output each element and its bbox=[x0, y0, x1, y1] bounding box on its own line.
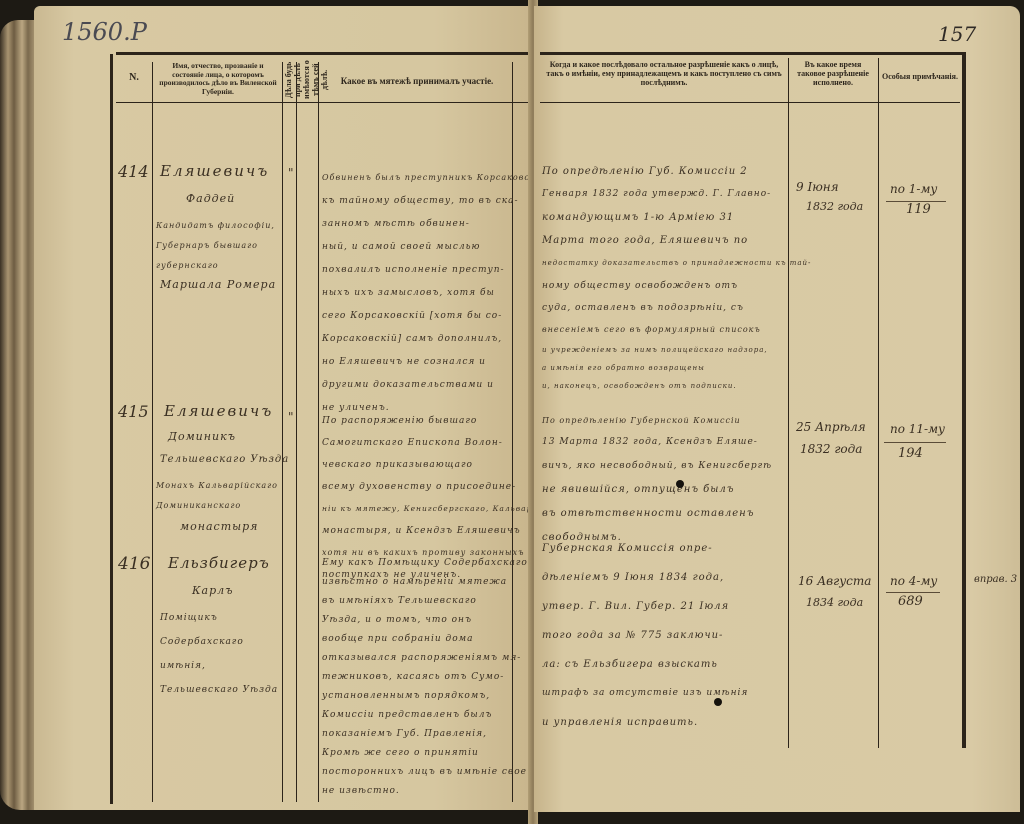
entry-surname: Еляшевичъ bbox=[160, 162, 269, 180]
page-hole bbox=[714, 698, 722, 706]
participation-line: другими доказательствами и bbox=[322, 374, 512, 397]
column-divider bbox=[878, 58, 879, 748]
header-decision: Когда и какое послѣдовало остальное разр… bbox=[542, 60, 786, 88]
remark-reference: по 4-му bbox=[890, 574, 937, 588]
participation-line: къ тайному обществу, то въ ска- bbox=[322, 190, 512, 213]
decision-line: дѣленіемъ 9 Іюня 1834 года, bbox=[542, 563, 788, 592]
executed-date: 25 Апрѣля bbox=[796, 420, 866, 434]
decision-line: того года за № 775 заключи- bbox=[542, 621, 788, 650]
open-ledger-book: 1560.P N. Имя, отчество, прозваніе и сос… bbox=[0, 0, 1024, 824]
decision-line: внесеніемъ сего въ формулярный списокъ bbox=[542, 319, 788, 341]
header-executed: Въ какое время таковое разрѣшеніе исполн… bbox=[790, 60, 876, 88]
participation-line: Уѣзда, и о томъ, что онъ bbox=[322, 611, 512, 630]
entry-surname: Еляшевичъ bbox=[164, 402, 273, 420]
column-divider bbox=[318, 62, 319, 802]
header-remarks: Особыя примѣчанія. bbox=[880, 72, 960, 81]
participation-line: вообще при собраніи дома bbox=[322, 630, 512, 649]
participation-line: ный, и самой своей мыслью bbox=[322, 236, 512, 259]
participation-line: монастыря, и Ксендзъ Еляшевичъ bbox=[322, 520, 512, 542]
right-page: 157 Когда и какое послѣдовало остальное … bbox=[534, 6, 1020, 812]
participation-line: сего Корсаковскій [хотя бы со- bbox=[322, 305, 512, 328]
column-divider bbox=[152, 62, 153, 802]
executed-year: 1832 года bbox=[800, 442, 862, 456]
decision-line: Марта того года, Еляшевичъ по bbox=[542, 229, 788, 252]
header-participation: Какое въ мятежѣ принималъ участіе. bbox=[324, 76, 510, 86]
decision-line: Губернская Комиссія опре- bbox=[542, 534, 788, 563]
decision-line: и, наконецъ, освобожденъ отъ подписки. bbox=[542, 377, 788, 395]
participation-line: отказывался распоряженіямъ мя- bbox=[322, 649, 512, 668]
right-border-rule bbox=[962, 52, 966, 748]
participation-line: похвалилъ исполненіе преступ- bbox=[322, 259, 512, 282]
participation-line: установленнымъ порядкомъ, bbox=[322, 687, 512, 706]
participation-line: чевскаго приказывающаго bbox=[322, 454, 512, 476]
decision-line: ла: съ Ельзбигера взыскать bbox=[542, 650, 788, 679]
header-top-rule bbox=[540, 52, 964, 55]
column-divider bbox=[282, 62, 283, 802]
page-hole bbox=[676, 480, 684, 488]
header-person: Имя, отчество, прозваніе и состояніе лиц… bbox=[156, 62, 280, 97]
decision-line: и управленія исправить. bbox=[542, 708, 788, 737]
entry-name-line: Тельшевскаго Уѣзда bbox=[160, 454, 289, 465]
executed-date: 9 Іюня bbox=[796, 180, 839, 194]
participation-line: ніи къ мятежу, Кенигсбергскаго, Кальварі… bbox=[322, 498, 512, 520]
entry-name-line: монастыря bbox=[180, 520, 258, 533]
participation-line: всему духовенству о присоедине- bbox=[322, 476, 512, 498]
decision-line: въ отвѣтственности оставленъ bbox=[542, 502, 788, 526]
decision-line: и учрежденіемъ за нимъ полицейскаго надз… bbox=[542, 341, 788, 359]
entry-surname: Ельзбигеръ bbox=[168, 554, 270, 572]
decision-line: командующимъ 1-ю Арміею 31 bbox=[542, 206, 788, 229]
decision-line: утвер. Г. Вил. Губер. 21 Іюля bbox=[542, 592, 788, 621]
remark-fraction-line bbox=[886, 592, 940, 593]
decision-line: недостатку доказательствъ о принадлежнос… bbox=[542, 252, 788, 275]
entry-name-line: Карлъ bbox=[192, 584, 233, 597]
header-number: N. bbox=[116, 72, 152, 84]
remark-number: 194 bbox=[898, 446, 923, 461]
participation-line: Комиссіи представленъ былъ bbox=[322, 706, 512, 725]
entry-participation: Обвиненъ былъ преступникъ Корсаковскимъ,… bbox=[322, 166, 512, 420]
participation-line: но Еляшевичъ не сознался и bbox=[322, 351, 512, 374]
remark-reference: по 11-му bbox=[890, 422, 945, 436]
page-number: 157 bbox=[938, 22, 976, 46]
decision-line: вичъ, яко несвободный, въ Кенигсбергѣ bbox=[542, 454, 788, 478]
decision-line: Генваря 1832 года утвержд. Г. Главно- bbox=[542, 183, 788, 206]
column-divider bbox=[788, 58, 789, 748]
left-border-rule bbox=[110, 54, 113, 804]
entry-name-line: Кандидатъ философіи, Губернаръ бывшаго г… bbox=[156, 216, 282, 276]
participation-line: тежниковъ, касаясь отъ Сумо- bbox=[322, 668, 512, 687]
decision-line: суда, оставленъ въ подозрѣніи, съ bbox=[542, 297, 788, 319]
entry-case-mark: " bbox=[288, 166, 294, 180]
entry-decision: По опредѣленію Губернской Комиссіи 13 Ма… bbox=[542, 412, 788, 550]
entry-name-line: Поміщикъ Содербахскаго имѣнія, Тельшевск… bbox=[160, 606, 280, 702]
entry-number: 416 bbox=[118, 554, 150, 574]
participation-line: Ему какъ Помѣщику Содербахскаго bbox=[322, 554, 512, 573]
entry-name-line: Маршала Ромера bbox=[160, 278, 276, 291]
remark-number: 689 bbox=[898, 594, 923, 609]
participation-line: ныхъ ихъ замысловъ, хотя бы bbox=[322, 282, 512, 305]
executed-date: 16 Августа bbox=[798, 574, 871, 588]
participation-line: показаніемъ Губ. Правленія, bbox=[322, 725, 512, 744]
header-top-rule bbox=[116, 52, 534, 55]
entry-case-mark: " bbox=[288, 410, 294, 424]
entry-number: 415 bbox=[118, 402, 149, 421]
entry-decision: Губернская Комиссія опре- дѣленіемъ 9 Ію… bbox=[542, 534, 788, 737]
participation-line: извѣстно о намѣреніи мятежа bbox=[322, 573, 512, 592]
column-divider bbox=[296, 62, 297, 802]
decision-line: штрафъ за отсутствіе изъ имѣнія bbox=[542, 679, 788, 708]
decision-line: ному обществу освобожденъ отъ bbox=[542, 275, 788, 297]
executed-year: 1834 года bbox=[806, 596, 863, 609]
entry-participation: Ему какъ Помѣщику Содербахскаго извѣстно… bbox=[322, 554, 512, 801]
executed-year: 1832 года bbox=[806, 200, 863, 213]
participation-line: Самогитскаго Епископа Волон- bbox=[322, 432, 512, 454]
header-bottom-rule bbox=[116, 102, 534, 103]
entry-name-line: Фаддей bbox=[186, 192, 235, 205]
entry-name-line: Монахъ Кальварійскаго Доминиканскаго bbox=[156, 476, 282, 516]
participation-line: По распоряженію бывшаго bbox=[322, 410, 512, 432]
participation-line: Кромѣ же сего о принятіи bbox=[322, 744, 512, 763]
participation-line: въ имѣніяхъ Тельшевскаго bbox=[322, 592, 512, 611]
entry-number: 414 bbox=[118, 162, 149, 181]
decision-line: а имѣнія его обратно возвращены bbox=[542, 359, 788, 377]
entry-name-line: Доминикъ bbox=[168, 430, 236, 443]
remark-number: 119 bbox=[906, 202, 931, 217]
participation-line: Корсаковскій] самъ дополнилъ, bbox=[322, 328, 512, 351]
participation-line: Обвиненъ былъ преступникъ Корсаковскимъ,… bbox=[322, 166, 512, 190]
entry-decision: По опредѣленію Губ. Комиссіи 2 Генваря 1… bbox=[542, 160, 788, 395]
left-page: 1560.P N. Имя, отчество, прозваніе и сос… bbox=[34, 6, 534, 810]
header-case-vertical: Дѣла будь при дѣлѣ имѣются о тѣмъ сей дѣ… bbox=[284, 58, 316, 102]
decision-line: 13 Марта 1832 года, Ксендзъ Еляше- bbox=[542, 430, 788, 454]
extra-remark: вправ. 3 bbox=[974, 574, 1017, 585]
participation-line: постороннихъ лицъ въ имѣніе свое bbox=[322, 763, 512, 782]
archive-number: 1560.P bbox=[62, 18, 147, 46]
decision-line: По опредѣленію Губернской Комиссіи bbox=[542, 412, 788, 430]
remark-fraction-line bbox=[884, 442, 946, 443]
participation-line: занномъ мѣстѣ обвинен- bbox=[322, 213, 512, 236]
decision-line: не явившійся, отпущенъ былъ bbox=[542, 478, 788, 502]
header-bottom-rule bbox=[540, 102, 960, 103]
decision-line: По опредѣленію Губ. Комиссіи 2 bbox=[542, 160, 788, 183]
remark-reference: по 1-му bbox=[890, 182, 937, 196]
participation-line: не извѣстно. bbox=[322, 782, 512, 801]
